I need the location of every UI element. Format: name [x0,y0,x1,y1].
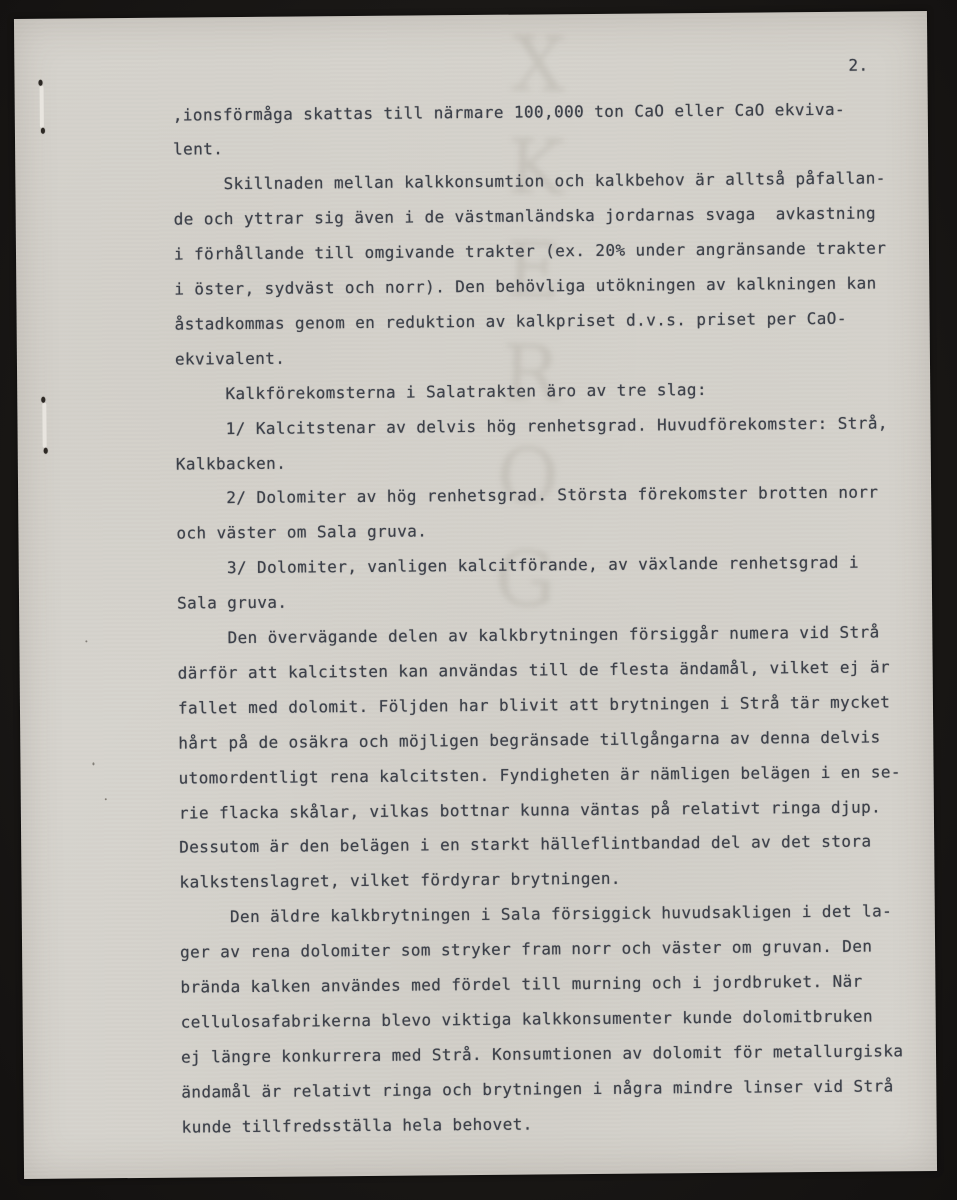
paper-speck [105,798,107,800]
paper-speck [92,762,94,765]
typewritten-line: 3/ Dolomiter, vanligen kalcitförande, av… [177,546,860,587]
typewritten-line: och väster om Sala gruva. [176,515,427,552]
typewritten-line: kunde tillfredsställa hela behovet. [181,1107,532,1145]
staple-hole-icon [41,128,45,134]
typewritten-text-block: ‚ionsförmåga skattas till närmare 100,00… [14,11,927,19]
typewritten-line: Kalkbacken. [176,446,287,482]
staple-hole-icon [38,80,42,86]
typewritten-line: Dessutom är den belägen i en starkt häll… [179,825,872,866]
typewritten-line: ‚ionsförmåga skattas till närmare 100,00… [173,92,845,133]
typewritten-line: Kalkförekomsterna i Salatrakten äro av t… [175,373,707,413]
typewritten-line: kalkstenslagret, vilket fördyrar brytnin… [179,862,621,901]
typewritten-line: 1/ Kalcitstenar av delvis hög renhetsgra… [175,406,888,447]
typewritten-line: åstadkommas genom en reduktion av kalkpr… [174,302,846,343]
typewritten-line: ändamål är relativt ringa och brytningen… [181,1069,894,1110]
page-number: 2. [848,49,868,84]
staple-hole-icon [44,448,48,454]
paper-sheet: XKEROG 2. ‚ionsförmåga skattas till närm… [14,11,937,1179]
staple-mark-top [36,80,46,134]
staple-indentation [42,403,46,448]
typewritten-line: ekvivalent. [175,341,286,377]
staple-mark-middle [39,397,49,454]
paper-speck [85,640,87,642]
typewritten-line: lent. [173,133,223,168]
typewritten-line: ger av rena dolomiter som stryker fram n… [180,930,873,971]
staple-hole-icon [41,397,45,403]
typewritten-line: brända kalken användes med fördel till m… [180,965,863,1006]
typewritten-line: cellulosafabrikerna blevo viktiga kalkko… [181,999,874,1040]
scan-background: XKEROG 2. ‚ionsförmåga skattas till närm… [0,0,957,1200]
staple-indentation [40,86,44,128]
typewritten-line: 2/ Dolomiter av hög renhetsgrad. Största… [176,476,879,517]
typewritten-line: Sala gruva. [177,586,288,622]
